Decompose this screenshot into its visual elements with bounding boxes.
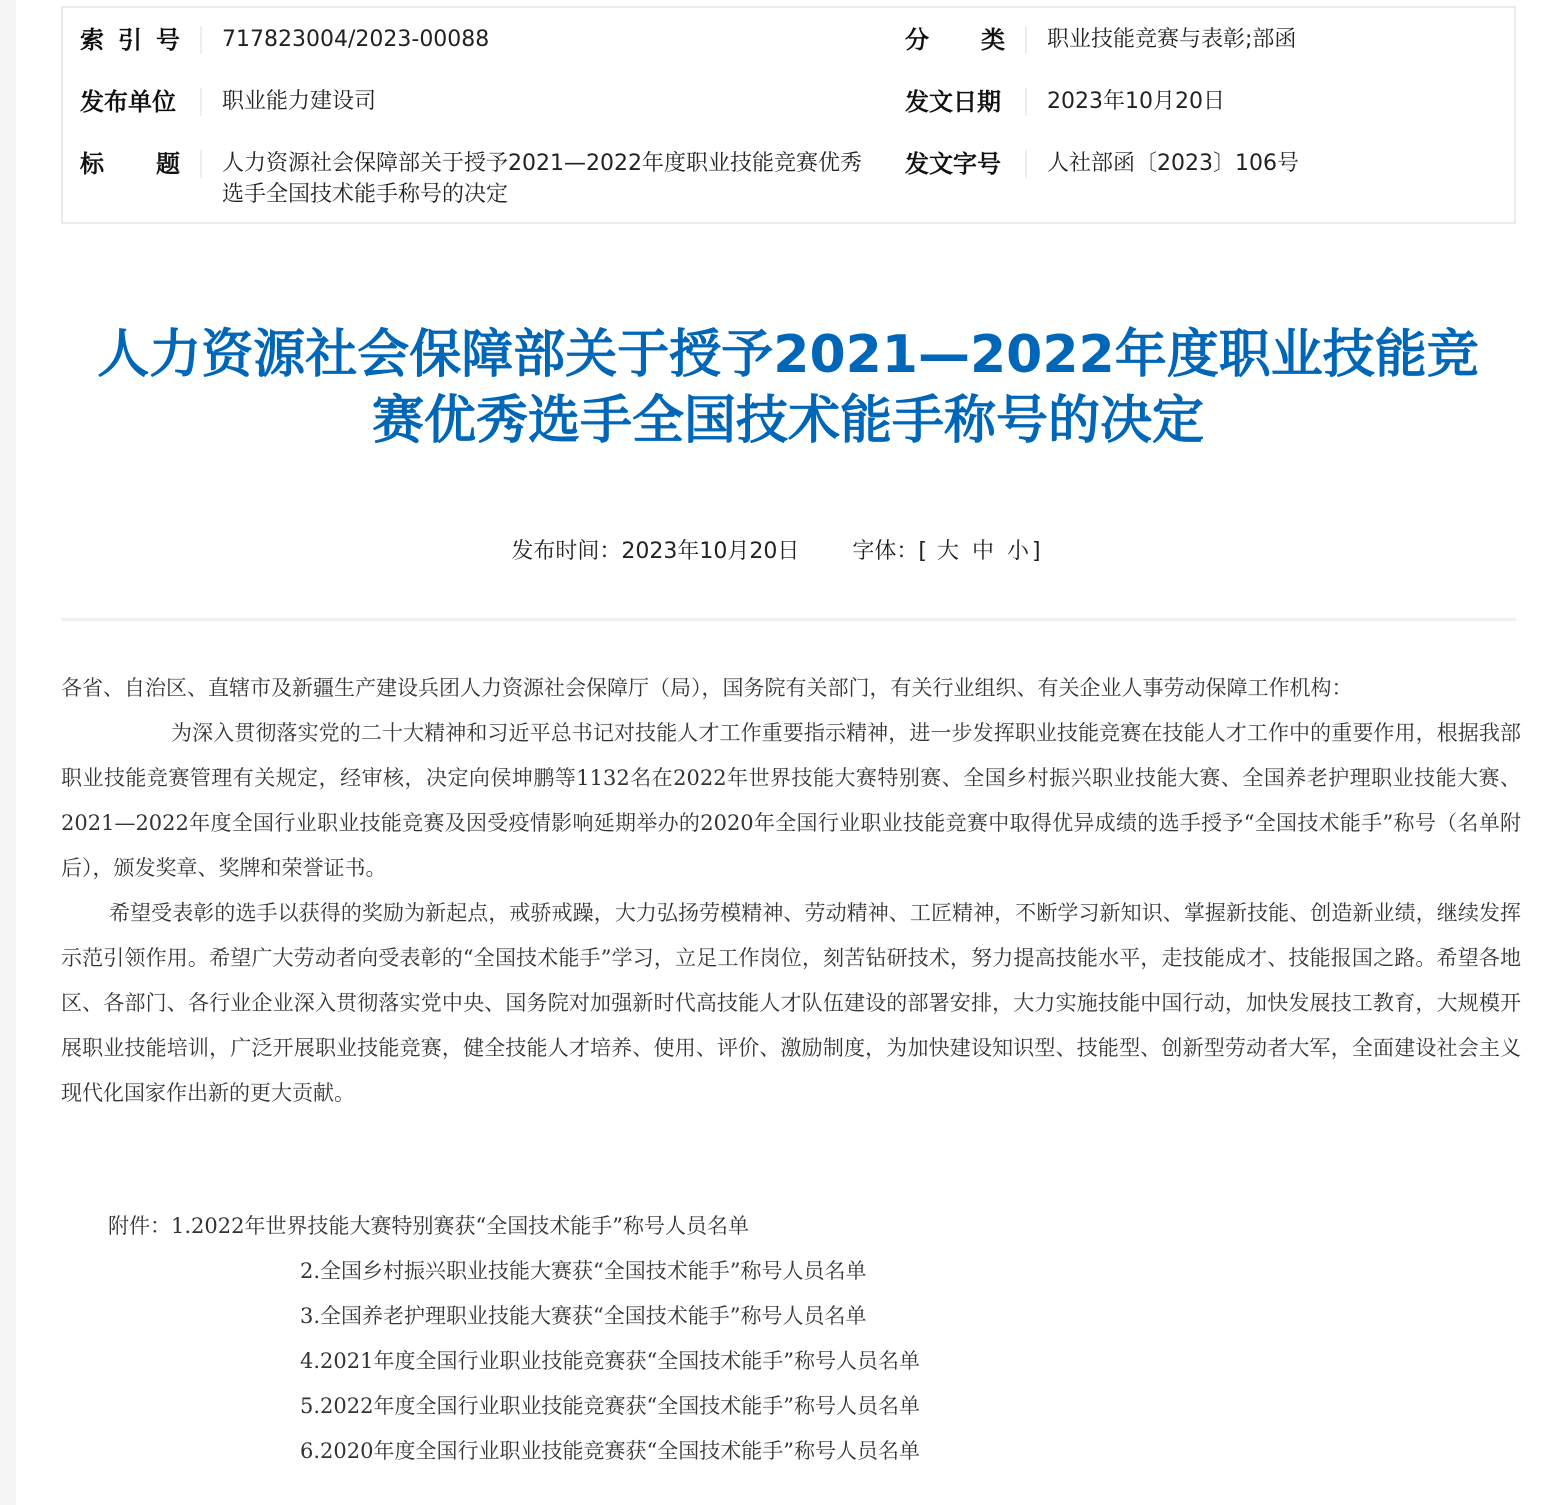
font-size-label: 字体： (852, 539, 918, 564)
font-size-medium-button[interactable]: 中 (972, 539, 994, 564)
attachments-label: 附件： (108, 1214, 171, 1238)
meta-category: 分类 职业技能竞赛与表彰;部函 (905, 24, 1296, 56)
page-title-line-1: 人力资源社会保障部关于授予2021—2022年度职业技能竞 (40, 322, 1536, 388)
divider (200, 150, 202, 178)
divider-line (61, 618, 1516, 621)
divider (1025, 150, 1027, 178)
publish-time-label: 发布时间： (511, 539, 621, 564)
meta-index-number: 索引号 717823004/2023-00088 (80, 24, 489, 56)
document-body: 各省、自治区、直辖市及新疆生产建设兵团人力资源社会保障厅（局），国务院有关部门，… (61, 666, 1521, 1116)
page-title-line-2: 赛优秀选手全国技术能手称号的决定 (40, 388, 1536, 454)
divider (200, 88, 202, 116)
meta-document-number: 发文字号 人社部函〔2023〕106号 (905, 148, 1299, 180)
meta-value: 职业技能竞赛与表彰;部函 (1047, 24, 1296, 56)
attachment-item[interactable]: 6.2020年度全国行业职业技能竞赛获“全国技术能手”称号人员名单 (108, 1429, 920, 1474)
bracket-close: ] (1032, 539, 1041, 564)
meta-value: 人社部函〔2023〕106号 (1047, 148, 1299, 180)
meta-label: 分类 (905, 24, 1005, 56)
attachments-list: 附件：1.2022年世界技能大赛特别赛获“全国技术能手”称号人员名单 2.全国乡… (108, 1204, 920, 1474)
body-paragraph-1: 为深入贯彻落实党的二十大精神和习近平总书记对技能人才工作重要指示精神，进一步发挥… (61, 711, 1521, 891)
meta-label: 标题 (80, 148, 180, 180)
font-size-large-button[interactable]: 大 (937, 539, 959, 564)
meta-value: 717823004/2023-00088 (222, 24, 489, 56)
publish-info-bar: 发布时间：2023年10月20日 字体：[ 大 中 小] (0, 536, 1552, 568)
body-paragraph-2: 希望受表彰的选手以获得的奖励为新起点，戒骄戒躁，大力弘扬劳模精神、劳动精神、工匠… (61, 891, 1521, 1116)
meta-value: 2023年10月20日 (1047, 86, 1225, 118)
attachment-item[interactable]: 3.全国养老护理职业技能大赛获“全国技术能手”称号人员名单 (108, 1294, 920, 1339)
meta-issue-date: 发文日期 2023年10月20日 (905, 86, 1225, 118)
meta-value: 人力资源社会保障部关于授予2021—2022年度职业技能竞赛优秀选手全国技术能手… (222, 148, 872, 210)
meta-label: 发布单位 (80, 86, 180, 118)
attachment-item[interactable]: 4.2021年度全国行业职业技能竞赛获“全国技术能手”称号人员名单 (108, 1339, 920, 1384)
divider (1025, 88, 1027, 116)
publish-time-value: 2023年10月20日 (621, 539, 799, 564)
meta-publisher: 发布单位 职业能力建设司 (80, 86, 376, 118)
page-title: 人力资源社会保障部关于授予2021—2022年度职业技能竞 赛优秀选手全国技术能… (40, 322, 1536, 454)
attachment-item[interactable]: 附件：1.2022年世界技能大赛特别赛获“全国技术能手”称号人员名单 (108, 1204, 920, 1249)
font-size-small-button[interactable]: 小 (1007, 539, 1029, 564)
meta-label: 索引号 (80, 24, 180, 56)
meta-title: 标题 人力资源社会保障部关于授予2021—2022年度职业技能竞赛优秀选手全国技… (80, 148, 872, 210)
salutation: 各省、自治区、直辖市及新疆生产建设兵团人力资源社会保障厅（局），国务院有关部门，… (61, 666, 1521, 711)
bracket-open: [ (918, 539, 927, 564)
left-margin-strip (0, 0, 16, 1505)
attachment-item[interactable]: 5.2022年度全国行业职业技能竞赛获“全国技术能手”称号人员名单 (108, 1384, 920, 1429)
divider (1025, 26, 1027, 54)
document-metadata-table: 索引号 717823004/2023-00088 分类 职业技能竞赛与表彰;部函… (61, 6, 1516, 224)
attachment-item[interactable]: 2.全国乡村振兴职业技能大赛获“全国技术能手”称号人员名单 (108, 1249, 920, 1294)
divider (200, 26, 202, 54)
meta-label: 发文字号 (905, 148, 1005, 180)
meta-value: 职业能力建设司 (222, 86, 376, 118)
meta-label: 发文日期 (905, 86, 1005, 118)
